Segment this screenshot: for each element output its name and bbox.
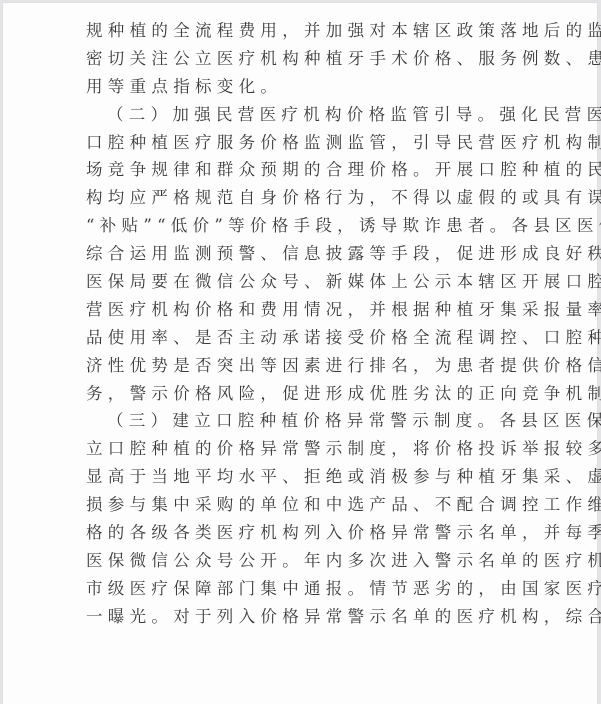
text-line: 品使用率、是否主动承诺接受价格全流程调控、口腔种植费用经: [86, 324, 534, 352]
text-line: 构均应严格规范自身价格行为，不得以虚假的或具有误导性的: [86, 184, 534, 212]
text-line: 用等重点指标变化。: [86, 73, 534, 101]
document-body: 规种植的全流程费用，并加强对本辖区政策落地后的监测考核， 密切关注公立医疗机构种…: [86, 17, 534, 631]
text-line: 格的各级各类医疗机构列入价格异常警示名单，并每季度在县区: [86, 519, 534, 547]
text-line: 综合运用监测预警、信息披露等手段，促进形成良好秩序。县区: [86, 240, 534, 268]
document-page: 规种植的全流程费用，并加强对本辖区政策落地后的监测考核， 密切关注公立医疗机构种…: [3, 3, 597, 704]
paragraph-private-institution-price-supervision: （二）加强民营医疗机构价格监管引导。强化民营医疗机构 口腔种植医疗服务价格监测监…: [86, 101, 534, 408]
section-heading-line: （二）加强民营医疗机构价格监管引导。强化民营医疗机构: [86, 101, 534, 129]
text-line: 医保局要在微信公众号、新媒体上公示本辖区开展口腔种植的民: [86, 268, 534, 296]
text-line: 营医疗机构价格和费用情况，并根据种植牙集采报量率、中选产: [86, 296, 534, 324]
section-heading-line: （三）建立口腔种植价格异常警示制度。各县区医保局要建: [86, 407, 534, 435]
text-line: “补贴”“低价”等价格手段，诱导欺诈患者。各县区医保局要: [86, 212, 534, 240]
text-line: 显高于当地平均水平、拒绝或消极参与种植牙集采、虚构事实贬: [86, 463, 534, 491]
text-line: 场竞争规律和群众预期的合理价格。开展口腔种植的民营医疗机: [86, 156, 534, 184]
paragraph-continuation: 规种植的全流程费用，并加强对本辖区政策落地后的监测考核， 密切关注公立医疗机构种…: [86, 17, 534, 101]
text-line: 立口腔种植的价格异常警示制度，将价格投诉举报较多、定价明: [86, 435, 534, 463]
text-line: 市级医疗保障部门集中通报。情节恶劣的，由国家医疗保障局统: [86, 575, 534, 603]
text-line: 口腔种植医疗服务价格监测监管，引导民营医疗机构制定符合市: [86, 129, 534, 157]
text-line: 一曝光。对于列入价格异常警示名单的医疗机构，综合运用监测: [86, 603, 534, 631]
text-line: 医保微信公众号公开。年内多次进入警示名单的医疗机构，由省、: [86, 547, 534, 575]
text-line: 规种植的全流程费用，并加强对本辖区政策落地后的监测考核，: [86, 17, 534, 45]
text-line: 务，警示价格风险，促进形成优胜劣汰的正向竞争机制。: [86, 380, 534, 408]
paragraph-price-anomaly-warning-system: （三）建立口腔种植价格异常警示制度。各县区医保局要建 立口腔种植的价格异常警示制…: [86, 407, 534, 630]
text-line: 密切关注公立医疗机构种植牙手术价格、服务例数、患者次均费: [86, 45, 534, 73]
text-line: 损参与集中采购的单位和中选产品、不配合调控工作维护虚高价: [86, 491, 534, 519]
text-line: 济性优势是否突出等因素进行排名，为患者提供价格信息指引服: [86, 352, 534, 380]
